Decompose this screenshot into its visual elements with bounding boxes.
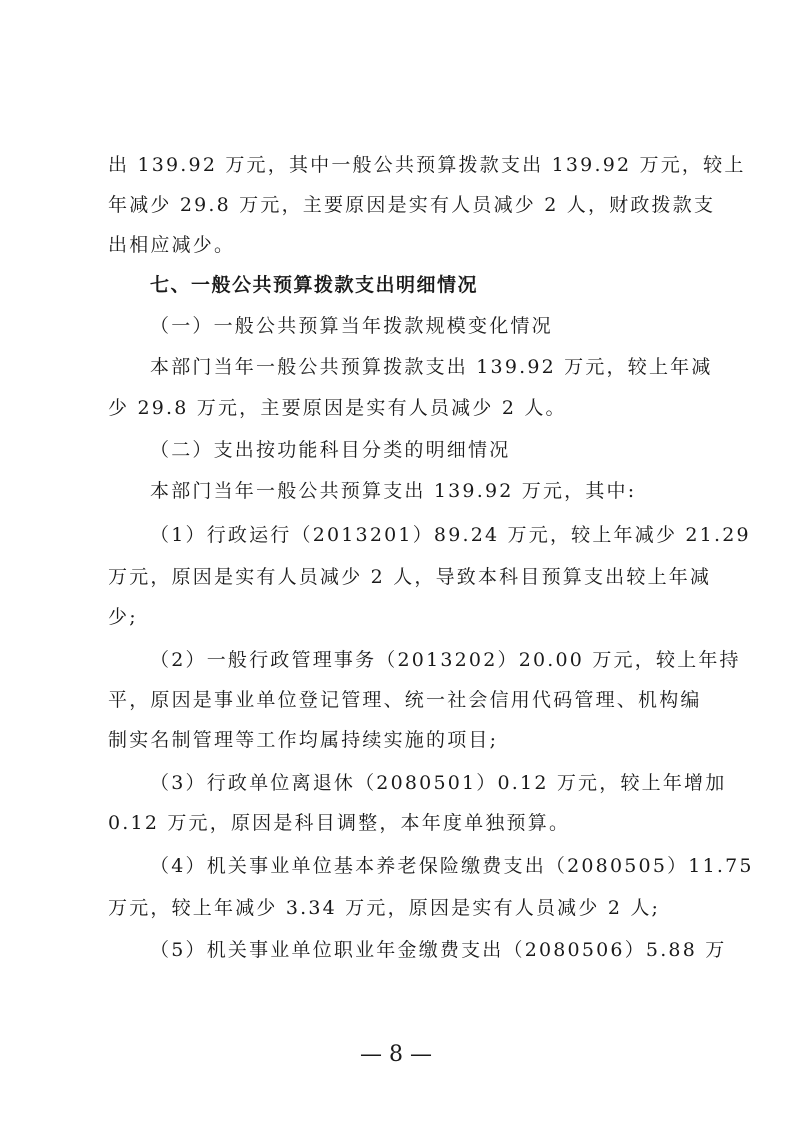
text-line: （二）支出按功能科目分类的明细情况 bbox=[150, 437, 692, 463]
text-line: （4）机关事业单位基本养老保险缴费支出（2080505）11.75 bbox=[150, 853, 692, 879]
text-line: 出相应减少。 bbox=[108, 232, 692, 258]
document-page: 出 139.92 万元，其中一般公共预算拨款支出 139.92 万元，较上年减少… bbox=[0, 0, 792, 1121]
text-line: （5）机关事业单位职业年金缴费支出（2080506）5.88 万 bbox=[150, 937, 692, 963]
text-line: 本部门当年一般公共预算支出 139.92 万元，其中: bbox=[150, 478, 692, 504]
text-line: 少 29.8 万元，主要原因是实有人员减少 2 人。 bbox=[108, 395, 692, 421]
text-line: 本部门当年一般公共预算拨款支出 139.92 万元，较上年减 bbox=[150, 354, 692, 380]
text-line: （1）行政运行（2013201）89.24 万元，较上年减少 21.29 bbox=[150, 522, 692, 548]
section-heading: 七、一般公共预算拨款支出明细情况 bbox=[150, 272, 692, 298]
text-line: （3）行政单位离退休（2080501）0.12 万元，较上年增加 bbox=[150, 770, 692, 796]
text-line: 万元，原因是实有人员减少 2 人，导致本科目预算支出较上年减 bbox=[108, 564, 692, 590]
text-line: （一）一般公共预算当年拨款规模变化情况 bbox=[150, 313, 692, 339]
page-number: — 8 — bbox=[0, 1042, 792, 1067]
text-line: 制实名制管理等工作均属持续实施的项目; bbox=[108, 727, 692, 753]
text-line: 0.12 万元，原因是科目调整，本年度单独预算。 bbox=[108, 810, 692, 836]
text-line: 年减少 29.8 万元，主要原因是实有人员减少 2 人，财政拨款支 bbox=[108, 192, 692, 218]
text-line: （2）一般行政管理事务（2013202）20.00 万元，较上年持 bbox=[150, 647, 692, 673]
text-line: 少; bbox=[108, 604, 692, 630]
text-line: 平，原因是事业单位登记管理、统一社会信用代码管理、机构编 bbox=[108, 687, 692, 713]
text-line: 万元，较上年减少 3.34 万元，原因是实有人员减少 2 人; bbox=[108, 895, 692, 921]
text-line: 出 139.92 万元，其中一般公共预算拨款支出 139.92 万元，较上 bbox=[108, 152, 692, 178]
